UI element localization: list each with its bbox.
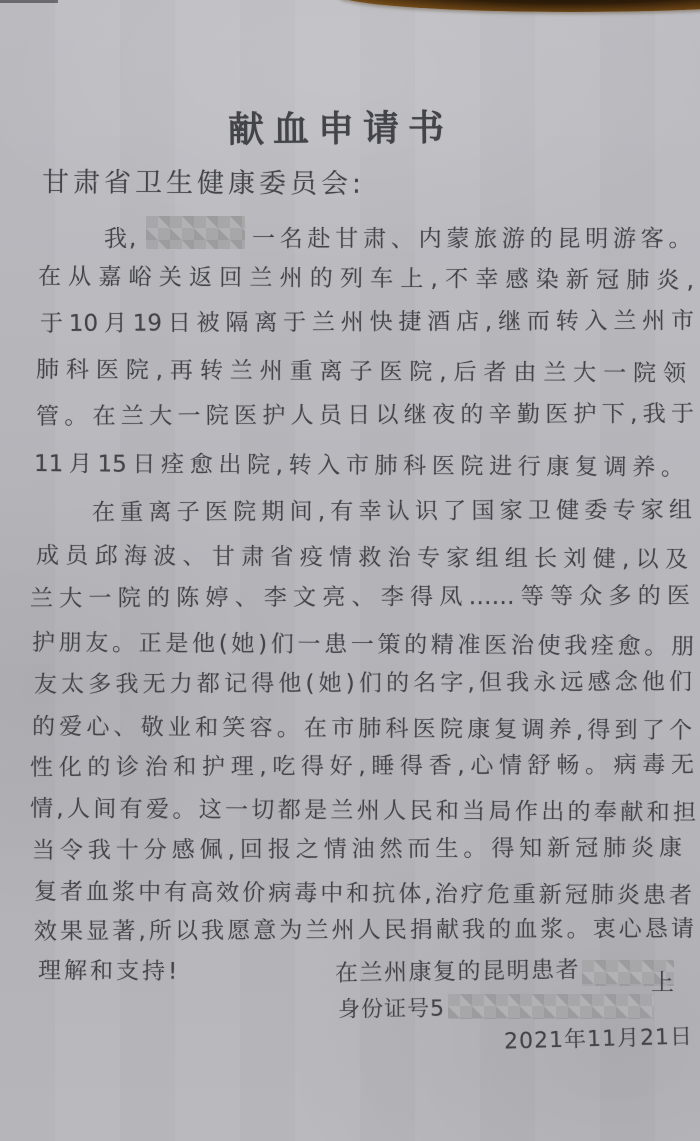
- id-number-line: 身份证号5: [338, 991, 445, 1023]
- closing-suffix: 上: [651, 964, 674, 997]
- photo-edge-artifact: [0, 0, 58, 3]
- body-line: 情,人间有爱。这一切都是兰州人民和当局作出的奉献和担: [30, 794, 696, 828]
- letter-photo: 献血申请书 甘肃省卫生健康委员会: 我, 一名赴甘肃、内蒙旅游的昆明游客。 在从…: [0, 0, 700, 1141]
- salutation-line: 甘肃省卫生健康委员会:: [42, 160, 365, 201]
- body-line: 的爱心、敬业和笑容。在市肺科医院康复调养,得到了个: [32, 712, 692, 746]
- closing-line: 在兰州康复的昆明患者: [335, 951, 580, 987]
- body-line: 于10月19日被隔离于兰州快捷酒店,继而转入兰州市: [40, 306, 694, 339]
- body-line: 11月15日痊愈出院,转入市肺科医院进行康复调养。: [34, 449, 684, 483]
- body-line: 护朋友。正是他(她)们一患一策的精准医治使我痊愈。朋: [32, 628, 694, 662]
- redaction-applicant-name: [146, 216, 245, 249]
- date-line: 2021年11月21日: [504, 1020, 694, 1056]
- body-line: 性化的诊治和护理,吃得好,睡得香,心情舒畅。病毒无: [30, 750, 694, 783]
- body-line: 在重离子医院期间,有幸认识了国家卫健委专家组: [92, 495, 692, 528]
- body-line: 理解和支持!: [38, 956, 180, 987]
- body-line: 复者血浆中有高效价病毒中和抗体,治疗危重新冠肺炎患者: [34, 877, 692, 911]
- opening-line: 我, 一名赴甘肃、内蒙旅游的昆明游客。: [0, 218, 700, 258]
- body-line: 肺科医院,再转兰州重离子医院,后者由兰大一院领: [36, 355, 686, 389]
- opening-prefix: 我,: [104, 220, 138, 253]
- body-line: 友太多我无力都记得他(她)们的名字,但我永远感念他们: [34, 667, 692, 700]
- opening-text-after-redaction: 一名赴甘肃、内蒙旅游的昆明游客。: [252, 220, 692, 253]
- body-line: 效果显著,所以我愿意为兰州人民捐献我的血浆。衷心恳请: [34, 914, 694, 947]
- table-edge-shadow: [338, 0, 700, 12]
- redaction-id-number: [448, 994, 654, 1019]
- body-line: 管。在兰大一院医护人员日以继夜的辛勤医护下,我于: [36, 399, 694, 432]
- body-line: 兰大一院的陈婷、李文亮、李得凤……等等众多的医: [30, 581, 690, 614]
- body-line: 当令我十分感佩,回报之情油然而生。得知新冠肺炎康: [32, 833, 682, 866]
- body-line: 成员邱海波、甘肃省疫情救治专家组组长刘健,以及: [36, 541, 688, 575]
- letter-title: 献血申请书: [228, 100, 453, 153]
- body-line: 在从嘉峪关返回兰州的列车上,不幸感染新冠肺炎,: [38, 262, 694, 296]
